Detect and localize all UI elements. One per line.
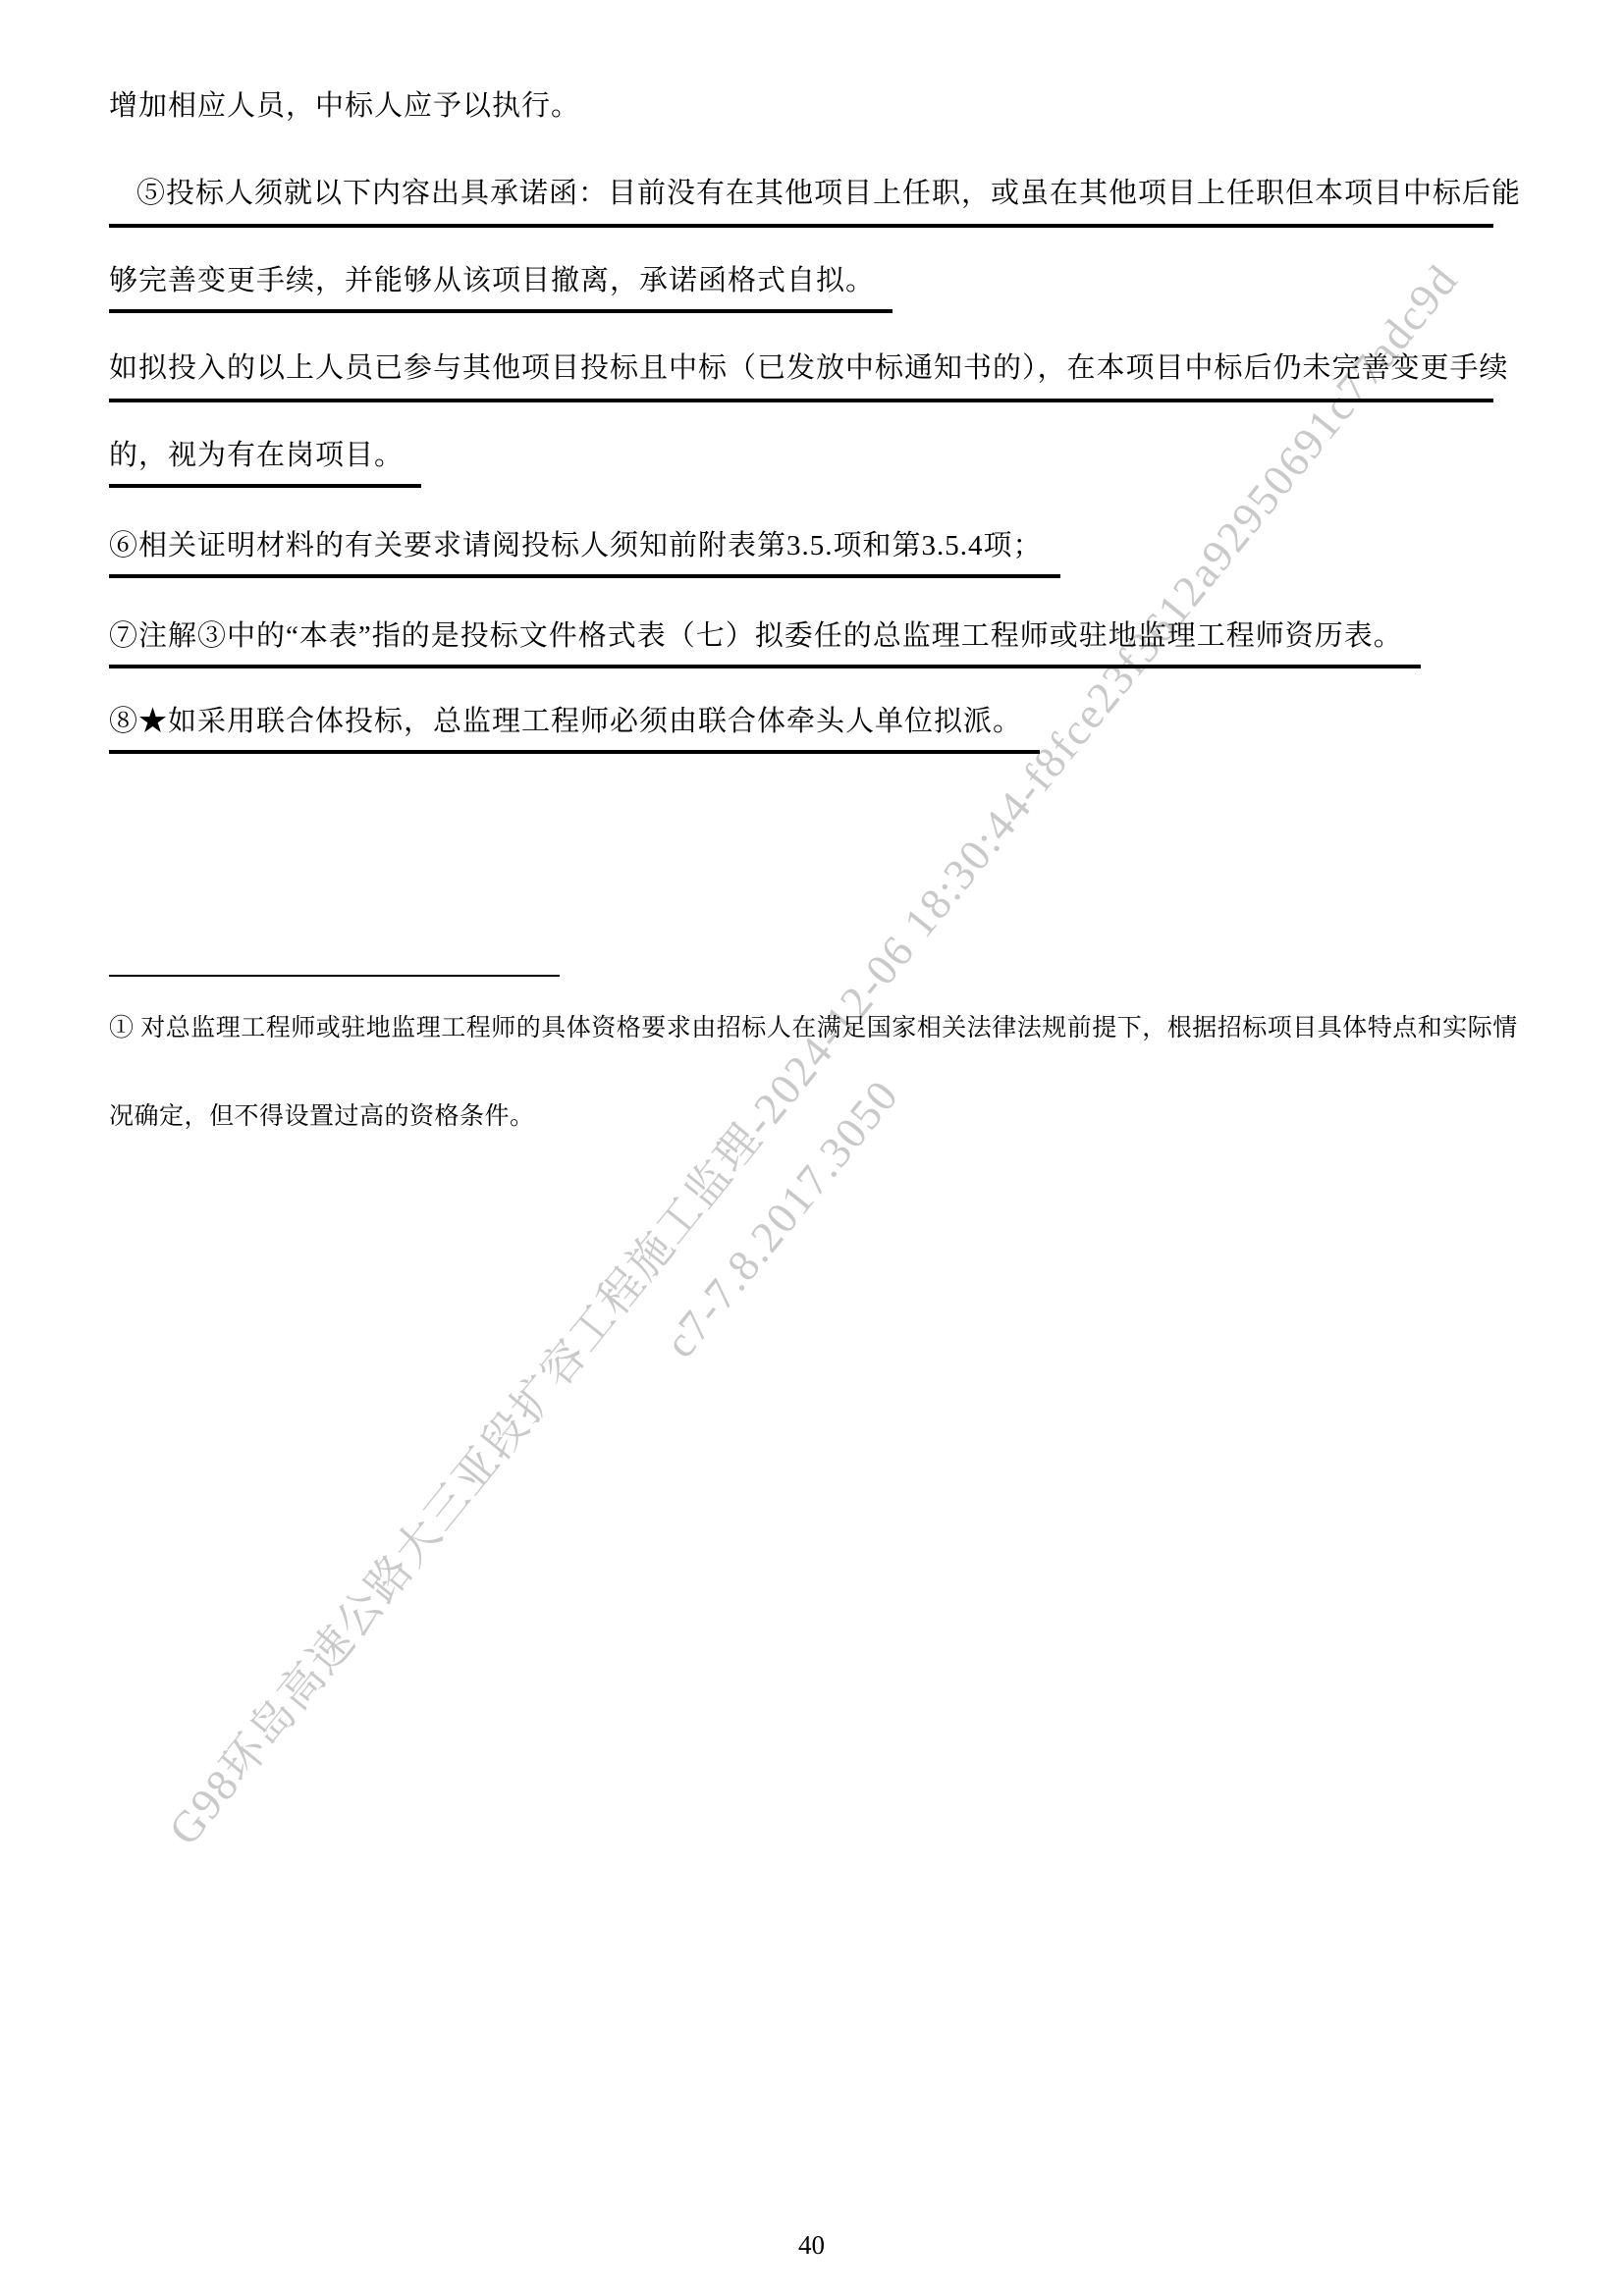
- paragraph-line-5: 的，视为有在岗项目。: [109, 438, 1493, 473]
- paragraph-text: 够完善变更手续，并能够从该项目撤离，承诺函格式自拟。: [109, 265, 893, 313]
- paragraph-text: ⑦注解③中的“本表”指的是投标文件格式表（七）拟委任的总监理工程师或驻地监理工程…: [109, 620, 1421, 668]
- paragraph-text: ⑥相关证明材料的有关要求请阅投标人须知前附表第3.5.项和第3.5.4项；: [109, 530, 1060, 578]
- footnote-line-2: 况确定，但不得设置过高的资格条件。: [109, 1101, 1523, 1133]
- paragraph-text: 如拟投入的以上人员已参与其他项目投标且中标（已发放中标通知书的），在本项目中标后…: [109, 352, 1509, 384]
- paragraph-text: 增加相应人员，中标人应予以执行。: [109, 90, 580, 122]
- page-number: 40: [0, 2230, 1623, 2261]
- paragraph-line-1: 增加相应人员，中标人应予以执行。: [109, 88, 1493, 124]
- footnote-line-1: ① 对总监理工程师或驻地监理工程师的具体资格要求由招标人在满足国家相关法律法规前…: [109, 1013, 1523, 1044]
- footnote-text: ① 对总监理工程师或驻地监理工程师的具体资格要求由招标人在满足国家相关法律法规前…: [109, 1015, 1518, 1041]
- watermark-line-1: G98环岛高速公路大三亚段扩容工程施工监理-2024-12-06 18:30:4…: [159, 255, 1469, 1855]
- paragraph-line-8: ⑧★如采用联合体投标，总监理工程师必须由联合体牵头人单位拟派。: [109, 704, 1493, 739]
- footnote-separator: [109, 975, 560, 977]
- paragraph-line-2: ⑤投标人须就以下内容出具承诺函：目前没有在其他项目上任职，或虽在其他项目上任职但…: [109, 176, 1493, 228]
- document-page: G98环岛高速公路大三亚段扩容工程施工监理-2024-12-06 18:30:4…: [0, 0, 1623, 2296]
- paragraph-line-4: 如拟投入的以上人员已参与其他项目投标且中标（已发放中标通知书的），在本项目中标后…: [109, 350, 1493, 402]
- paragraph-text: ⑧★如采用联合体投标，总监理工程师必须由联合体牵头人单位拟派。: [109, 706, 1040, 754]
- paragraph-text: ⑤投标人须就以下内容出具承诺函：目前没有在其他项目上任职，或虽在其他项目上任职但…: [136, 178, 1521, 209]
- paragraph-line-6: ⑥相关证明材料的有关要求请阅投标人须知前附表第3.5.项和第3.5.4项；: [109, 528, 1493, 563]
- paragraph-text: 的，视为有在岗项目。: [109, 440, 421, 488]
- footnote-text: 况确定，但不得设置过高的资格条件。: [109, 1103, 535, 1130]
- paragraph-line-3: 够完善变更手续，并能够从该项目撤离，承诺函格式自拟。: [109, 263, 1493, 298]
- paragraph-line-7: ⑦注解③中的“本表”指的是投标文件格式表（七）拟委任的总监理工程师或驻地监理工程…: [109, 618, 1493, 654]
